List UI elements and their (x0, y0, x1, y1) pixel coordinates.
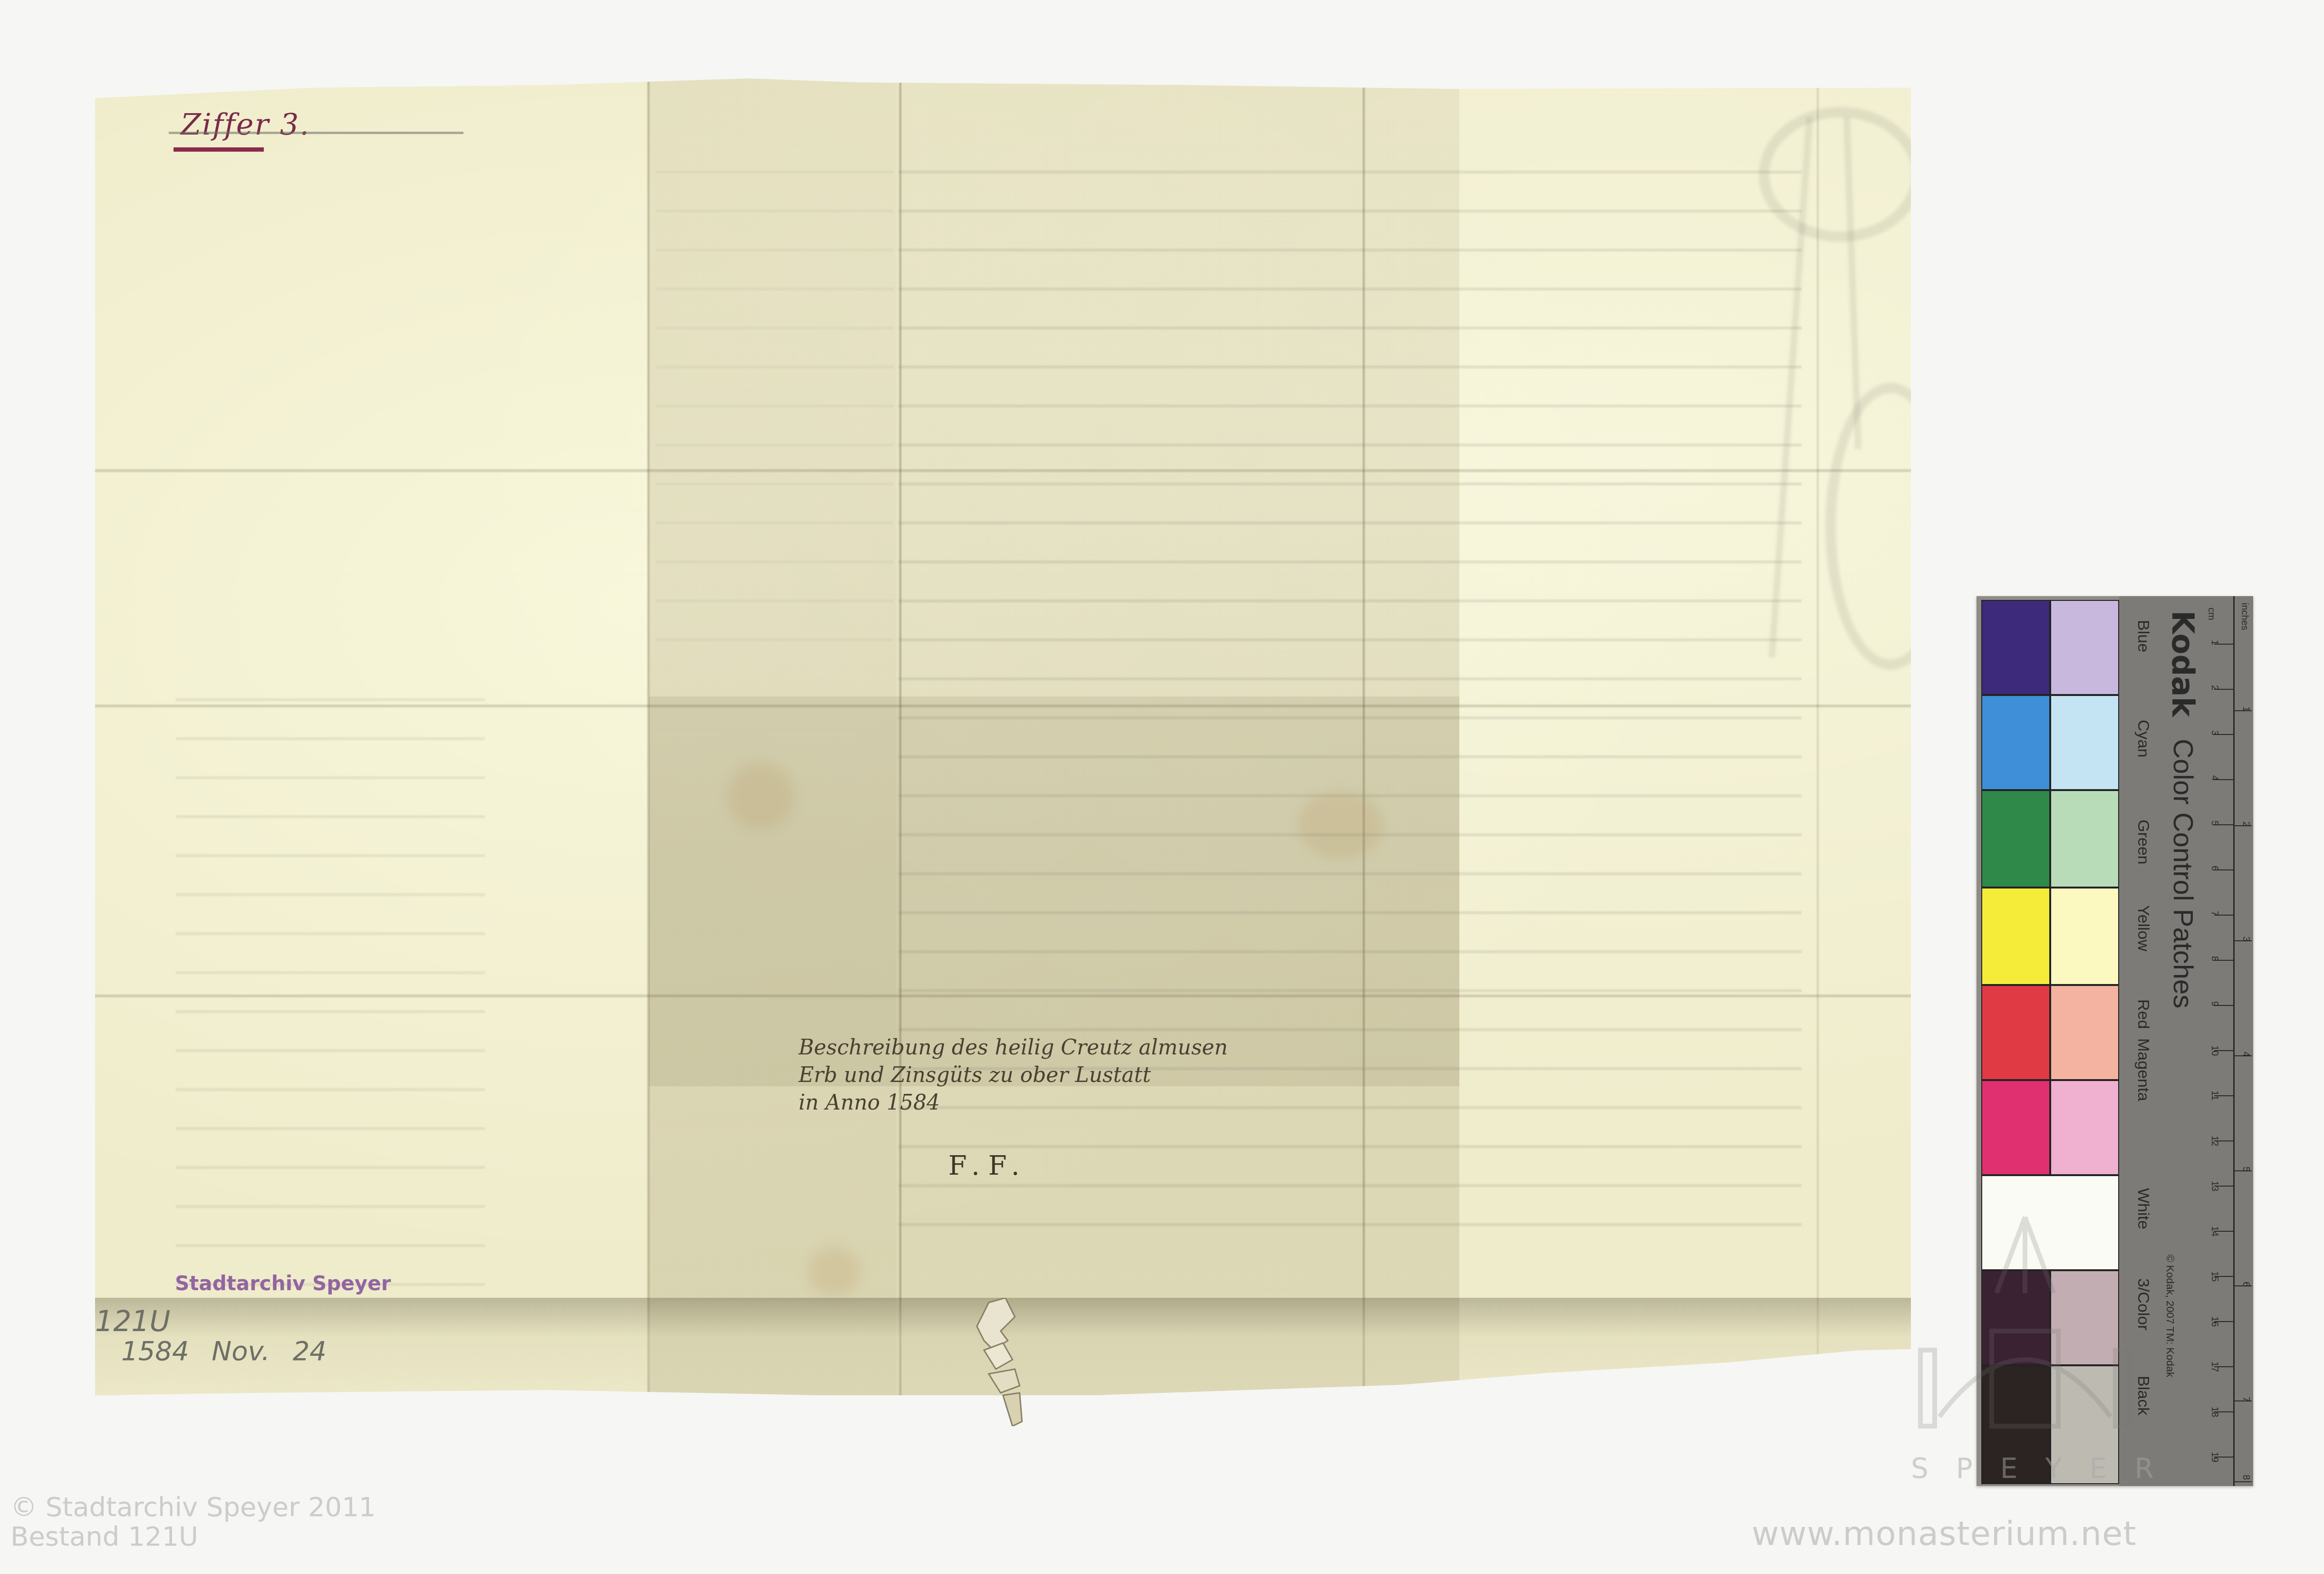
water-stain (727, 763, 794, 830)
inch-tick: 3 (2240, 937, 2251, 942)
pencil-rule (169, 132, 463, 134)
red-underline (174, 147, 264, 152)
speyer-cathedral-logo-icon (1901, 1207, 2149, 1455)
ziffer-label: Ziffer 3. (181, 107, 310, 142)
cm-tick: 7 (2209, 911, 2220, 916)
inch-tick: 4 (2240, 1052, 2251, 1057)
inch-tick: 7 (2240, 1397, 2251, 1402)
cm-tick: 14 (2209, 1226, 2220, 1236)
archive-signature: 121U (95, 1305, 170, 1338)
cm-tick: 2 (2209, 685, 2220, 690)
dorsal-note-line: Beschreibung des heilig Creutz almusen (799, 1034, 1274, 1062)
copyright-watermark: © Stadtarchiv Speyer 2011 Bestand 121U (10, 1493, 376, 1552)
patch-label-green: Green (2134, 820, 2152, 865)
fonds-line: Bestand 121U (10, 1522, 376, 1552)
patch-red-light (2050, 985, 2119, 1080)
inch-tick: 5 (2240, 1167, 2251, 1172)
ruler-edge (2233, 596, 2235, 1486)
kodak-title: Color Control Patches (2167, 739, 2199, 1008)
cm-tick: 3 (2209, 730, 2220, 735)
cm-tick: 13 (2209, 1181, 2220, 1191)
patch-blue-light (2050, 600, 2119, 695)
patch-yellow-dark (1981, 888, 2050, 985)
inch-tick: 6 (2240, 1282, 2251, 1287)
cm-tick: 18 (2209, 1407, 2220, 1417)
speyer-logo-text: SPEYER (1911, 1452, 2181, 1485)
cm-tick: 19 (2209, 1452, 2220, 1462)
cm-tick: 6 (2209, 866, 2220, 871)
dorsal-note-line: Erb und Zinsgüts zu ober Lustatt (799, 1062, 1274, 1089)
monasterium-url-watermark: www.monasterium.net (1752, 1514, 2137, 1553)
copyright-line: © Stadtarchiv Speyer 2011 (10, 1493, 376, 1522)
cm-tick: 8 (2209, 956, 2220, 961)
patch-magenta-dark (1981, 1080, 2050, 1175)
ruler-unit-inches: inches (2239, 603, 2250, 630)
water-stain (1298, 792, 1383, 858)
cm-tick: 15 (2209, 1271, 2220, 1282)
patch-label-blue: Blue (2134, 620, 2152, 652)
show-through-notarial-sign (1825, 383, 1956, 670)
inch-tick: 8 (2240, 1475, 2251, 1480)
seal-strip-remnant (955, 1298, 1046, 1426)
patch-label-cyan: Cyan (2134, 720, 2152, 757)
show-through-text-block (656, 145, 894, 668)
cm-tick: 1 (2209, 640, 2220, 645)
inch-tick: 2 (2240, 821, 2251, 827)
initials: F.F. (948, 1150, 1028, 1181)
dorsal-note-line: in Anno 1584 (799, 1089, 1274, 1117)
cm-tick: 17 (2209, 1362, 2220, 1372)
cm-tick: 16 (2209, 1316, 2220, 1327)
patch-label-red: Red (2134, 999, 2152, 1029)
patch-green-dark (1981, 790, 2050, 888)
patch-red-dark (1981, 985, 2050, 1080)
patch-blue-dark (1981, 600, 2050, 695)
patch-label-magenta: Magenta (2134, 1038, 2152, 1101)
kodak-brand: Kodak (2165, 610, 2200, 717)
cm-tick: 11 (2209, 1091, 2220, 1101)
charter-parchment (95, 78, 1911, 1395)
patch-magenta-light (2050, 1080, 2119, 1175)
cm-tick: 4 (2209, 775, 2220, 781)
show-through-initial-flourish (1759, 107, 1922, 242)
ruler-unit-cm: cm (2206, 608, 2217, 620)
cm-tick: 5 (2209, 821, 2220, 826)
archive-date: 1584 Nov. 24 (121, 1336, 327, 1367)
patch-label-yellow: Yellow (2134, 905, 2152, 951)
kodak-copyright: © Kodak, 2007 TM: Kodak (2164, 1255, 2176, 1377)
archive-stamp: Stadtarchiv Speyer (175, 1272, 391, 1295)
fold-line-vertical (646, 78, 650, 1395)
patch-yellow-light (2050, 888, 2119, 985)
dorsal-note: Beschreibung des heilig Creutz almusen E… (799, 1034, 1274, 1117)
cm-tick: 9 (2209, 1001, 2220, 1006)
show-through-text-block (176, 673, 485, 1314)
fold-line-vertical (1816, 78, 1820, 1395)
inch-tick: 1 (2240, 706, 2251, 712)
patch-green-light (2050, 790, 2119, 888)
cm-tick: 10 (2209, 1045, 2220, 1056)
patch-cyan-dark (1981, 695, 2050, 790)
water-stain (808, 1248, 860, 1295)
patch-cyan-light (2050, 695, 2119, 790)
cm-tick: 12 (2209, 1136, 2220, 1146)
